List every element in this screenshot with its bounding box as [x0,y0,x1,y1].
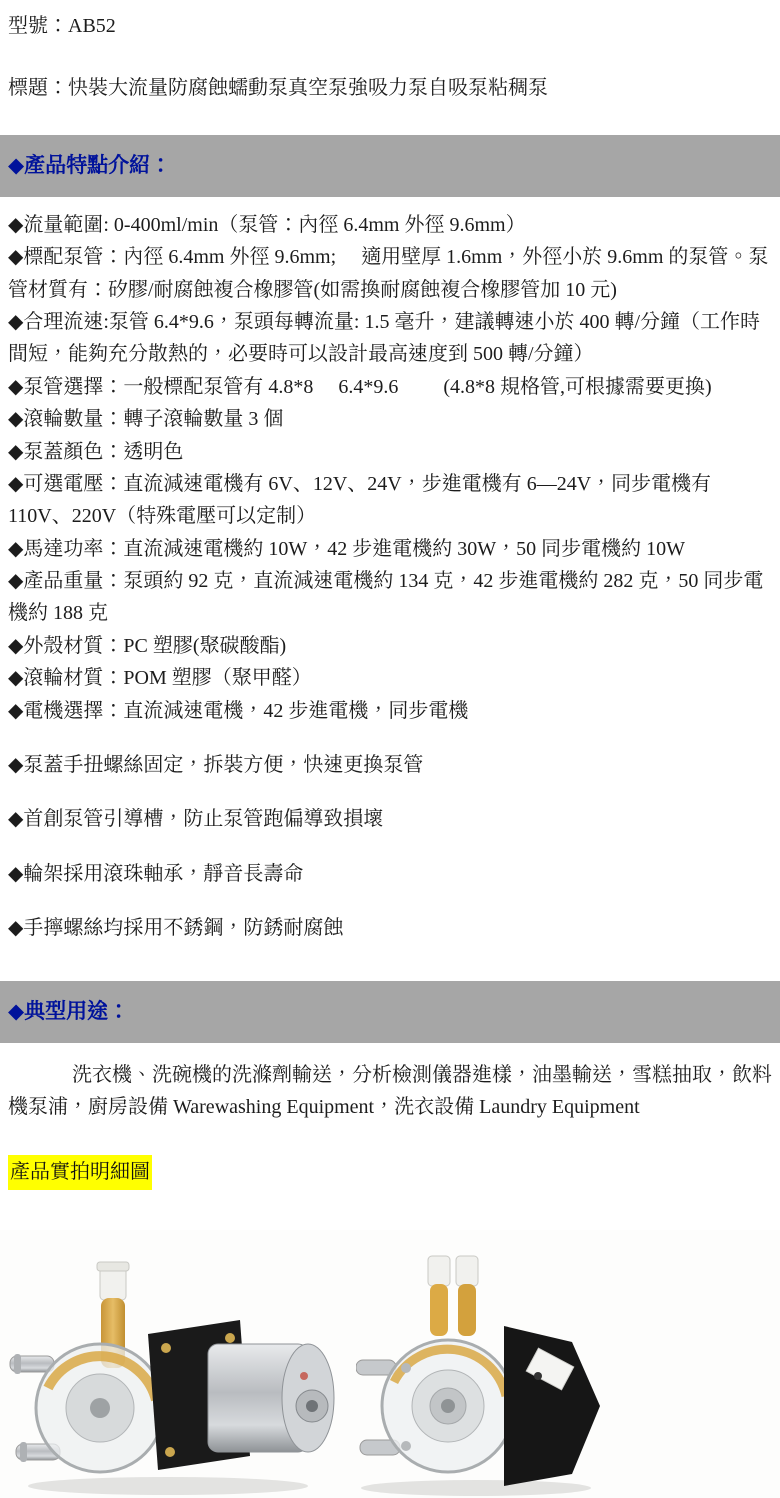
feature-item: ◆首創泵管引導槽，防止泵管跑偏導致損壞 [8,803,772,835]
feature-item: ◆外殼材質：PC 塑膠(聚碳酸酯) [8,630,772,662]
section-heading-features: ◆產品特點介紹： [0,135,780,197]
feature-item: ◆滾輪材質：POM 塑膠（聚甲醛） [8,662,772,694]
model-number-line: 型號：AB52 [0,10,780,42]
right-pump-photo [356,1248,606,1498]
stepper-motor [504,1326,600,1486]
feature-item: ◆泵蓋手扭螺絲固定，拆裝方便，快速更換泵管 [8,749,772,781]
tube-connector [97,1262,129,1300]
feature-item: ◆電機選擇：直流減速電機，42 步進電機，同步電機 [8,695,772,727]
feature-item: ◆馬達功率：直流減速電機約 10W，42 步進電機約 30W，50 同步電機約 … [8,533,772,565]
left-pump-photo [8,1248,338,1498]
yellow-tube [458,1284,476,1336]
feature-item: ◆可選電壓：直流減速電機有 6V、12V、24V，步進電機有 6—24V，同步電… [8,468,772,533]
feature-item: ◆標配泵管：內徑 6.4mm 外徑 9.6mm; 適用壁厚 1.6mm，外徑小於… [8,241,772,306]
feature-item: ◆流量範圍: 0-400ml/min（泵管：內徑 6.4mm 外徑 9.6mm） [8,209,772,241]
feature-item: ◆產品重量：泵頭約 92 克，直流減速電機約 134 克，42 步進電機約 28… [8,565,772,630]
feature-item: ◆泵蓋顏色：透明色 [8,436,772,468]
tube-connectors [428,1256,478,1336]
photo-shadow [28,1477,308,1495]
feature-item: ◆手擰螺絲均採用不銹鋼，防銹耐腐蝕 [8,912,772,944]
typical-uses-paragraph: 洗衣機、洗碗機的洗滌劑輸送，分析檢測儀器進樣，油墨輸送，雪糕抽取，飲料機泵浦，廚… [0,1059,780,1124]
photo-caption-highlight: 產品實拍明細圖 [8,1155,152,1189]
product-photos [0,1230,780,1498]
feature-item: ◆合理流速:泵管 6.4*9.6，泵頭每轉流量: 1.5 毫升，建議轉速小於 4… [8,306,772,371]
pump-head [382,1340,514,1472]
yellow-tube [430,1284,448,1336]
pump-head [36,1344,164,1472]
dc-motor [208,1344,334,1452]
feature-list: ◆流量範圍: 0-400ml/min（泵管：內徑 6.4mm 外徑 9.6mm）… [0,209,780,945]
section-heading-uses: ◆典型用途： [0,981,780,1043]
photo-shadow [361,1480,591,1496]
feature-item: ◆輪架採用滾珠軸承，靜音長壽命 [8,858,772,890]
product-title-line: 標題：快裝大流量防腐蝕蠕動泵真空泵強吸力泵自吸泵粘稠泵 [0,72,780,104]
feature-item: ◆滾輪數量：轉子滾輪數量 3 個 [8,403,772,435]
feature-item: ◆泵管選擇：一般標配泵管有 4.8*8 6.4*9.6 (4.8*8 規格管,可… [8,371,772,403]
